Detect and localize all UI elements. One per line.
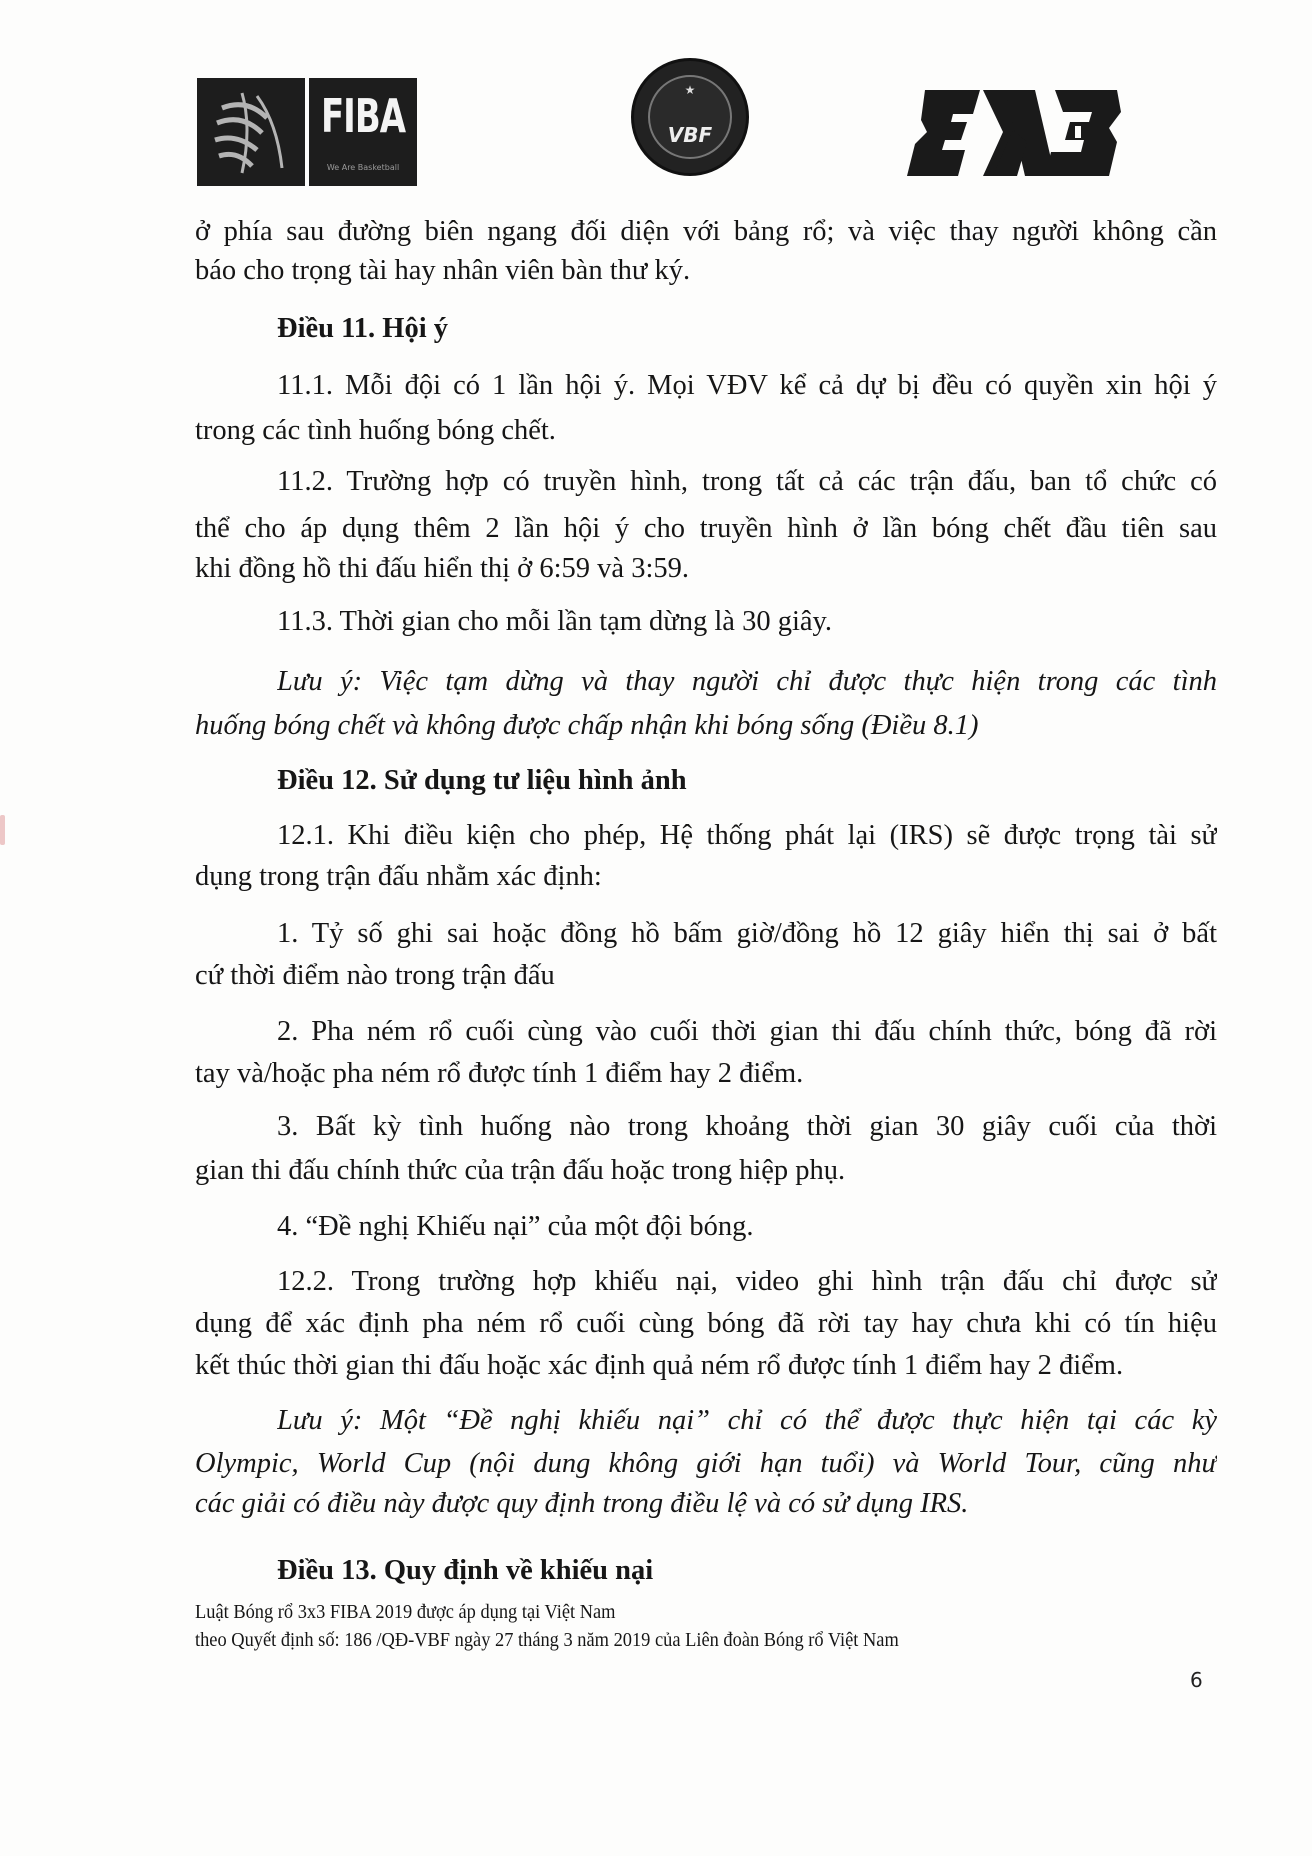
list-item: 2. Pha ném rổ cuối cùng vào cuối thời gi… <box>277 1015 1217 1049</box>
body-line: 12.1. Khi điều kiện cho phép, Hệ thống p… <box>277 819 1217 853</box>
body-line: dụng để xác định pha ném rổ cuối cùng bó… <box>195 1307 1217 1341</box>
vbf-logo: ★ VBF <box>631 58 749 176</box>
scan-mark <box>0 815 5 845</box>
fiba-logo: FIBA We Are Basketball <box>197 78 418 186</box>
list-item: gian thi đấu chính thức của trận đấu hoặ… <box>195 1154 1217 1188</box>
footer-line-2: theo Quyết định số: 186 /QĐ-VBF ngày 27 … <box>195 1628 899 1652</box>
list-item: 4. “Đề nghị Khiếu nại” của một đội bóng. <box>277 1210 1217 1244</box>
note-line: huống bóng chết và không được chấp nhận … <box>195 709 1217 743</box>
body-line: dụng trong trận đấu nhằm xác định: <box>195 860 1217 894</box>
body-line: 11.3. Thời gian cho mỗi lần tạm dừng là … <box>277 605 1217 639</box>
body-line: ở phía sau đường biên ngang đối diện với… <box>195 215 1217 249</box>
basketball-icon <box>197 78 305 186</box>
article-11-heading: Điều 11. Hội ý <box>277 312 1217 346</box>
footer-line-1: Luật Bóng rổ 3x3 FIBA 2019 được áp dụng … <box>195 1600 615 1624</box>
article-13-heading: Điều 13. Quy định về khiếu nại <box>277 1554 1217 1588</box>
list-item: cứ thời điểm nào trong trận đấu <box>195 959 1217 993</box>
list-item: 3. Bất kỳ tình huống nào trong khoảng th… <box>277 1110 1217 1144</box>
list-item: 1. Tỷ số ghi sai hoặc đồng hồ bấm giờ/đồ… <box>277 917 1217 951</box>
note-line: Lưu ý: Một “Đề nghị khiếu nại” chỉ có th… <box>277 1404 1217 1438</box>
body-line: báo cho trọng tài hay nhân viên bàn thư … <box>195 254 1217 288</box>
article-12-heading: Điều 12. Sử dụng tư liệu hình ảnh <box>277 764 1217 798</box>
body-line: 11.1. Mỗi đội có 1 lần hội ý. Mọi VĐV kể… <box>277 369 1217 403</box>
note-line: Lưu ý: Việc tạm dừng và thay người chỉ đ… <box>277 665 1217 699</box>
page-number: 6 <box>1190 1668 1203 1692</box>
3x3-logo <box>905 82 1123 182</box>
note-line: các giải có điều này được quy định trong… <box>195 1487 1217 1521</box>
fiba-wordmark: FIBA We Are Basketball <box>309 78 417 186</box>
body-line: 12.2. Trong trường hợp khiếu nại, video … <box>277 1265 1217 1299</box>
body-line: thể cho áp dụng thêm 2 lần hội ý cho tru… <box>195 512 1217 546</box>
body-line: kết thúc thời gian thi đấu hoặc xác định… <box>195 1349 1217 1383</box>
list-item: tay và/hoặc pha ném rổ được tính 1 điểm … <box>195 1057 1217 1091</box>
body-line: khi đồng hồ thi đấu hiển thị ở 6:59 và 3… <box>195 552 1217 586</box>
header-logos: FIBA We Are Basketball ★ VBF <box>0 0 1312 200</box>
note-line: Olympic, World Cup (nội dung không giới … <box>195 1447 1217 1481</box>
document-page: FIBA We Are Basketball ★ VBF <box>0 0 1312 1856</box>
body-line: 11.2. Trường hợp có truyền hình, trong t… <box>277 465 1217 499</box>
body-line: trong các tình huống bóng chết. <box>195 414 1217 448</box>
star-icon: ★ <box>634 83 746 97</box>
